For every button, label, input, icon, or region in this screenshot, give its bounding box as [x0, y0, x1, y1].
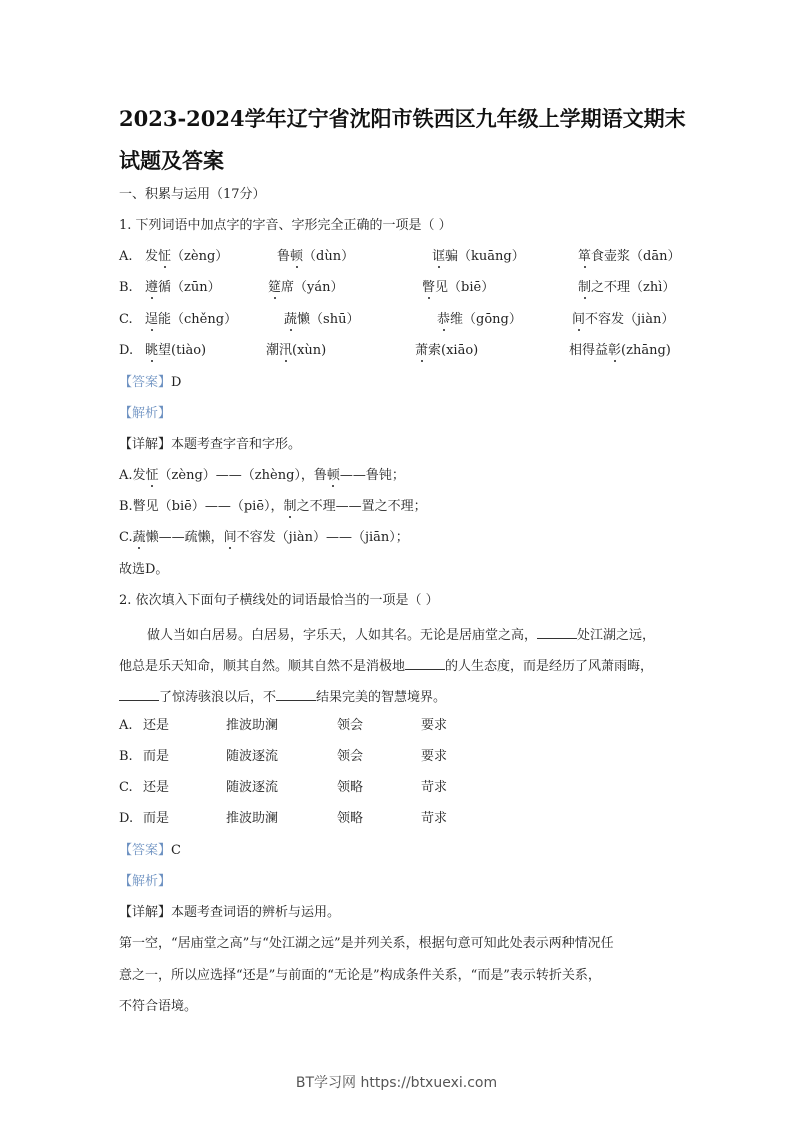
- q1-analysis-tag: 【解析】: [119, 407, 171, 420]
- q2-passage-line3: 了惊涛骇浪以后，不结果完美的智慧境界。: [119, 689, 446, 704]
- dotted-char: 制: [284, 500, 297, 513]
- document-page: 2023-2024学年辽宁省沈阳市铁西区九年级上学期语文期末 试题及答案 一、积…: [0, 0, 793, 1122]
- section-heading: 一、积累与运用（17分）: [119, 188, 266, 201]
- option-word: 蔬懒（shū）: [284, 313, 359, 326]
- dotted-char: 间: [224, 531, 237, 544]
- text: 懒: [297, 312, 310, 327]
- text: 能: [158, 312, 171, 327]
- answer-value: C: [171, 843, 181, 858]
- dotted-char: 逞: [145, 313, 158, 326]
- text: 潮: [266, 343, 279, 358]
- text: (xùn): [292, 343, 326, 358]
- text: （shū）: [310, 312, 359, 327]
- option-word: 筵席（yán）: [268, 281, 344, 294]
- text: 望: [158, 343, 171, 358]
- text: 席: [281, 280, 294, 295]
- option-word: 领略: [337, 812, 363, 825]
- option-letter: A.: [119, 250, 133, 263]
- text: A.发: [119, 468, 146, 483]
- answer-value: D: [171, 375, 181, 390]
- text: 懒——疏懒，: [146, 530, 224, 545]
- option-word: 要求: [421, 719, 447, 732]
- option-letter: D.: [119, 812, 133, 825]
- option-word: 苛求: [421, 781, 447, 794]
- option-word: 眺望(tiào): [145, 344, 206, 357]
- text: 处江湖之远，: [577, 628, 655, 643]
- dotted-char: 汛: [279, 344, 292, 357]
- text: 维: [450, 312, 463, 327]
- option-word: 领会: [337, 719, 363, 732]
- text: 不容发: [585, 312, 624, 327]
- q2-detail: 【详解】本题考查词语的辨析与运用。: [119, 906, 340, 919]
- dotted-char: 蔬: [284, 313, 297, 326]
- option-word: 恭维（gōng）: [437, 313, 522, 326]
- text: C.: [119, 530, 133, 545]
- text: 之不理——置之不理；: [297, 499, 427, 514]
- answer-tag: 【答案】: [119, 843, 171, 858]
- text: (zhāng): [621, 343, 671, 358]
- fill-blank: [537, 627, 577, 639]
- option-word: 间不容发（jiàn）: [572, 313, 674, 326]
- text: (xiāo): [441, 343, 478, 358]
- option-word: 推波助澜: [226, 719, 278, 732]
- doc-title-line2: 试题及答案: [119, 150, 679, 171]
- dotted-char: 蔬: [133, 531, 146, 544]
- dotted-char: 箪: [578, 250, 591, 263]
- option-word: 相得益彰(zhāng): [569, 344, 671, 357]
- q1-explain-b: B.瞥见（biē）——（piē），制之不理——置之不理；: [119, 500, 427, 513]
- text: (tiào): [171, 343, 206, 358]
- text: （dùn）: [303, 249, 354, 264]
- dotted-char: 怔: [146, 469, 159, 482]
- text: 之不理: [591, 280, 630, 295]
- option-letter: D.: [119, 344, 133, 357]
- option-word: 领略: [337, 781, 363, 794]
- text: （chěng）: [171, 312, 237, 327]
- dotted-char: 瞥: [422, 281, 435, 294]
- q2-answer: 【答案】C: [119, 844, 181, 857]
- dotted-char: 怔: [158, 250, 171, 263]
- text: 结果完美的智慧境界。: [316, 690, 446, 705]
- q2-explanation-1: 第一空，“居庙堂之高”与“处江湖之远”是并列关系，根据句意可知此处表示两种情况任: [119, 937, 614, 950]
- text: ——鲁钝；: [340, 468, 405, 483]
- text: （dān）: [630, 249, 680, 264]
- detail-text: 本题考查词语的辨析与运用。: [171, 905, 340, 920]
- dotted-char: 顿: [290, 250, 303, 263]
- option-word: 瞥见（biē）: [422, 281, 494, 294]
- q2-explanation-2: 意之一，所以应选择“还是”与前面的“无论是”构成条件关系，“而是”表示转折关系，: [119, 969, 601, 982]
- text: （yán）: [294, 280, 343, 295]
- q2-explanation-3: 不符合语境。: [119, 1000, 197, 1013]
- analysis-tag: 【解析】: [119, 874, 171, 889]
- option-word: 推波助澜: [226, 812, 278, 825]
- q1-explain-a: A.发怔（zèng）——（zhèng），鲁顿——鲁钝；: [119, 469, 405, 482]
- fill-blank: [276, 689, 316, 701]
- text: 索: [428, 343, 441, 358]
- text: 发: [145, 249, 158, 264]
- option-word: 苛求: [421, 812, 447, 825]
- text: 不容发（jiàn）——（jiān）；: [237, 530, 409, 545]
- analysis-tag: 【解析】: [119, 406, 171, 421]
- text: （zèng）——（zhèng），鲁: [159, 468, 327, 483]
- text: 了惊涛骇浪以后，不: [159, 690, 276, 705]
- option-word: 遵循（zūn）: [145, 281, 221, 294]
- text: B.瞥见（biē）——（piē），: [119, 499, 284, 514]
- detail-text: 本题考查字音和字形。: [171, 437, 301, 452]
- option-letter: C.: [119, 313, 133, 326]
- option-letter: B.: [119, 750, 133, 763]
- q2-analysis-tag: 【解析】: [119, 875, 171, 888]
- detail-tag: 【详解】: [119, 905, 171, 920]
- dotted-char: 间: [572, 313, 585, 326]
- text: 见: [435, 280, 448, 295]
- footer-watermark: BT学习网 https://btxuexi.com: [0, 1072, 793, 1092]
- option-word: 而是: [143, 750, 169, 763]
- dotted-char: 诓: [432, 250, 445, 263]
- text: 相得益: [569, 343, 608, 358]
- fill-blank: [119, 689, 159, 701]
- detail-tag: 【详解】: [119, 437, 171, 452]
- option-word: 潮汛(xùn): [266, 344, 326, 357]
- dotted-char: 制: [578, 281, 591, 294]
- option-word: 还是: [143, 781, 169, 794]
- text: （zūn）: [171, 280, 221, 295]
- dotted-char: 顿: [327, 469, 340, 482]
- q1-answer: 【答案】D: [119, 376, 181, 389]
- text: （zèng）: [171, 249, 228, 264]
- fill-blank: [405, 658, 445, 670]
- dotted-char: 彰: [608, 344, 621, 357]
- q2-passage-line2: 他总是乐天知命，顺其自然。顺其自然不是消极地的人生态度，而是经历了风萧雨晦，: [119, 658, 653, 673]
- dotted-char: 眺: [145, 344, 158, 357]
- text: （biē）: [448, 280, 494, 295]
- q1-conclusion: 故选D。: [119, 563, 168, 576]
- text: （zhì）: [630, 280, 675, 295]
- dotted-char: 恭: [437, 313, 450, 326]
- text: 他总是乐天知命，顺其自然。顺其自然不是消极地: [119, 659, 405, 674]
- option-letter: C.: [119, 781, 133, 794]
- option-word: 发怔（zèng）: [145, 250, 228, 263]
- option-word: 而是: [143, 812, 169, 825]
- q2-passage-line1: 做人当如白居易。白居易，字乐天，人如其名。无论是居庙堂之高，处江湖之远，: [147, 627, 655, 642]
- text: 的人生态度，而是经历了风萧雨晦，: [445, 659, 653, 674]
- option-word: 诓骗（kuāng）: [432, 250, 525, 263]
- option-word: 制之不理（zhì）: [578, 281, 675, 294]
- text: 循: [158, 280, 171, 295]
- text: （jiàn）: [624, 312, 674, 327]
- text: 鲁: [277, 249, 290, 264]
- text: 骗: [445, 249, 458, 264]
- doc-title-line1: 2023-2024学年辽宁省沈阳市铁西区九年级上学期语文期末: [119, 108, 679, 129]
- text: （gōng）: [463, 312, 522, 327]
- option-word: 随波逐流: [226, 781, 278, 794]
- text: 食壶浆: [591, 249, 630, 264]
- option-word: 鲁顿（dùn）: [277, 250, 354, 263]
- option-letter: A.: [119, 719, 133, 732]
- text: （kuāng）: [458, 249, 525, 264]
- q1-stem: 1. 下列词语中加点字的字音、字形完全正确的一项是（ ）: [119, 219, 452, 232]
- option-letter: B.: [119, 281, 133, 294]
- q1-detail: 【详解】本题考查字音和字形。: [119, 438, 301, 451]
- answer-tag: 【答案】: [119, 375, 171, 390]
- dotted-char: 筵: [268, 281, 281, 294]
- q1-explain-c: C.蔬懒——疏懒，间不容发（jiàn）——（jiān）；: [119, 531, 409, 544]
- dotted-char: 遵: [145, 281, 158, 294]
- text: 做人当如白居易。白居易，字乐天，人如其名。无论是居庙堂之高，: [147, 628, 537, 643]
- option-word: 萧索(xiāo): [415, 344, 478, 357]
- q2-stem: 2. 依次填入下面句子横线处的词语最恰当的一项是（ ）: [119, 594, 439, 607]
- dotted-char: 萧: [415, 344, 428, 357]
- option-word: 逞能（chěng）: [145, 313, 237, 326]
- option-word: 箪食壶浆（dān）: [578, 250, 680, 263]
- option-word: 还是: [143, 719, 169, 732]
- option-word: 领会: [337, 750, 363, 763]
- option-word: 要求: [421, 750, 447, 763]
- option-word: 随波逐流: [226, 750, 278, 763]
